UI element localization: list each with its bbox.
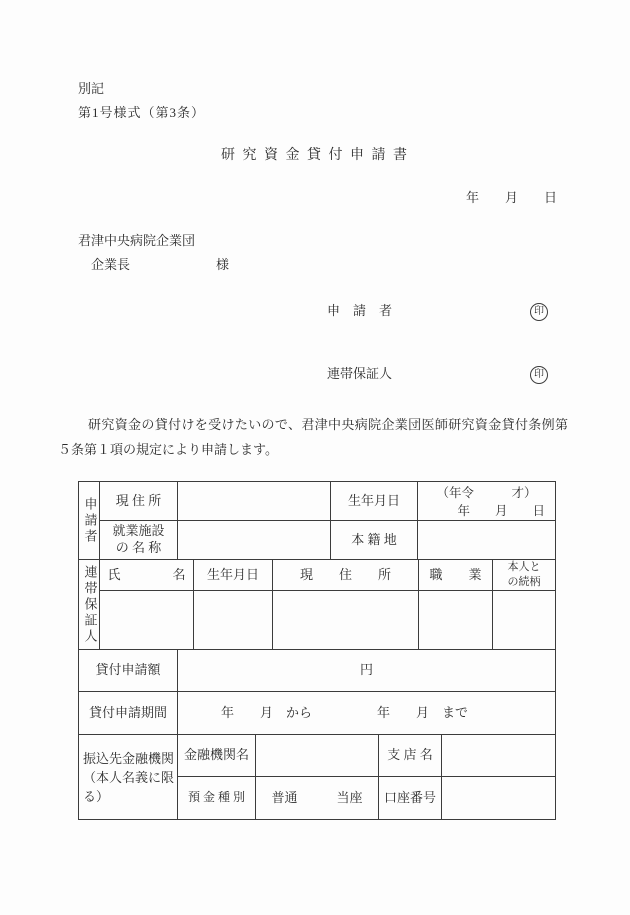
bank-name-label: 金融機関名 bbox=[178, 735, 256, 776]
applicant-birthdate-field: （年令 才） 年 月 日 bbox=[418, 482, 555, 520]
guarantor-address-label: 現 住 所 bbox=[273, 560, 419, 590]
recipient-organization: 君津中央病院企業団 bbox=[78, 233, 195, 250]
current-address-field bbox=[178, 482, 331, 520]
application-form-table: 申請者 現 住 所 生年月日 （年令 才） 年 月 日 就業施設 の 名 称 bbox=[78, 481, 556, 820]
applicant-side-label-text: 申請者 bbox=[81, 497, 98, 545]
form-style-number: 第1号様式（第3条） bbox=[78, 105, 205, 122]
loan-period-field: 年 月 から 年 月 まで bbox=[178, 692, 555, 734]
domicile-label: 本 籍 地 bbox=[331, 521, 418, 559]
applicant-section: 申請者 現 住 所 生年月日 （年令 才） 年 月 日 就業施設 の 名 称 bbox=[79, 482, 555, 560]
guarantor-relation-label-line1: 本人と bbox=[508, 560, 541, 575]
deposit-type-label: 預 金 種 別 bbox=[178, 777, 256, 819]
applicant-seal-icon: 印 bbox=[530, 303, 548, 321]
bank-name-field bbox=[256, 735, 379, 776]
guarantor-birthdate-field bbox=[194, 591, 273, 649]
seal-glyph: 印 bbox=[534, 307, 544, 317]
guarantor-side-label: 連帯保証人 bbox=[79, 560, 100, 649]
loan-period-section: 貸付申請期間 年 月 から 年 月 まで bbox=[79, 692, 555, 735]
facility-name-label-line1: 就業施設 bbox=[112, 523, 164, 540]
current-address-label: 現 住 所 bbox=[100, 482, 178, 520]
guarantor-name-label: 氏 名 bbox=[100, 560, 194, 590]
deposit-type-options: 普通 当座 bbox=[256, 777, 379, 819]
guarantor-birthdate-label: 生年月日 bbox=[194, 560, 273, 590]
loan-period-label: 貸付申請期間 bbox=[79, 692, 178, 734]
applicant-birthdate-label: 生年月日 bbox=[331, 482, 418, 520]
facility-name-field bbox=[178, 521, 331, 559]
account-number-label: 口座番号 bbox=[379, 777, 442, 819]
guarantor-relation-label-line2: の続柄 bbox=[508, 575, 541, 590]
branch-name-label: 支 店 名 bbox=[379, 735, 442, 776]
recipient-role: 企業長 bbox=[91, 257, 130, 272]
age-note: （年令 才） bbox=[418, 484, 555, 502]
facility-name-label: 就業施設 の 名 称 bbox=[100, 521, 178, 559]
bank-section: 振込先金融機関（本人名義に限る） 金融機関名 支 店 名 預 金 種 別 普通 … bbox=[79, 735, 555, 819]
application-statement: 研究資金の貸付けを受けたいので、君津中央病院企業団医師研究資金貸付条例第５条第１… bbox=[58, 413, 568, 462]
recipient-role-line: 企業長様 bbox=[91, 257, 229, 274]
recipient-honorific: 様 bbox=[216, 257, 229, 272]
guarantor-seal-icon: 印 bbox=[530, 366, 548, 384]
branch-name-field bbox=[442, 735, 555, 776]
date-line: 年 月 日 bbox=[466, 190, 557, 207]
form-appendix-note: 別記 bbox=[78, 81, 104, 98]
guarantor-section: 連帯保証人 氏 名 生年月日 現 住 所 職 業 本人と の続柄 bbox=[79, 560, 555, 650]
loan-amount-label: 貸付申請額 bbox=[79, 650, 178, 691]
bank-section-label: 振込先金融機関（本人名義に限る） bbox=[79, 735, 178, 819]
guarantor-relation-field bbox=[493, 591, 555, 649]
loan-amount-section: 貸付申請額 円 bbox=[79, 650, 555, 692]
loan-amount-field: 円 bbox=[178, 650, 555, 691]
guarantor-occupation-field bbox=[419, 591, 493, 649]
applicant-side-label: 申請者 bbox=[79, 482, 100, 559]
guarantor-relation-label: 本人と の続柄 bbox=[493, 560, 555, 590]
applicant-birthdate-value: 年 月 日 bbox=[418, 502, 555, 520]
guarantor-signature-label: 連帯保証人 bbox=[327, 366, 392, 383]
guarantor-occupation-label: 職 業 bbox=[419, 560, 493, 590]
facility-name-label-line2: の 名 称 bbox=[116, 540, 162, 557]
seal-glyph: 印 bbox=[534, 370, 544, 380]
domicile-field bbox=[418, 521, 555, 559]
form-title: 研 究 資 金 貸 付 申 請 書 bbox=[0, 147, 630, 165]
guarantor-name-field bbox=[100, 591, 194, 649]
account-number-field bbox=[442, 777, 555, 819]
applicant-signature-label: 申 請 者 bbox=[327, 303, 392, 320]
document-page: 別記 第1号様式（第3条） 研 究 資 金 貸 付 申 請 書 年 月 日 君津… bbox=[0, 0, 630, 915]
guarantor-address-field bbox=[273, 591, 419, 649]
guarantor-side-label-text: 連帯保証人 bbox=[81, 565, 98, 645]
